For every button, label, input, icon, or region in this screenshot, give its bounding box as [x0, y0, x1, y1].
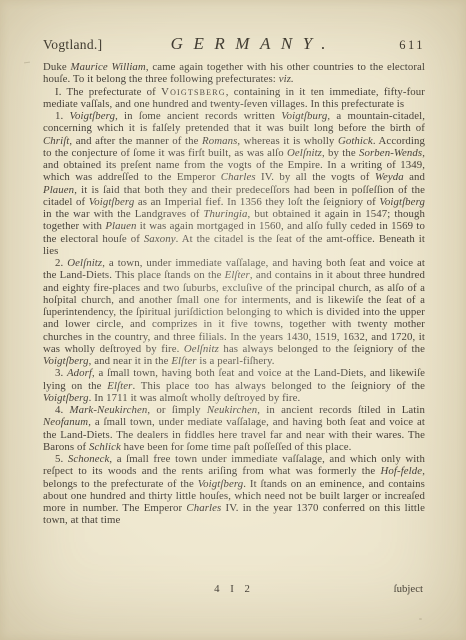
text-run: Hof-felde: [381, 465, 423, 477]
text-run: Duke: [43, 61, 71, 73]
text-run: Weyda: [375, 171, 404, 183]
text-run: and: [404, 171, 425, 183]
text-run: Neofanum: [43, 416, 88, 428]
text-run: Saxony: [144, 233, 176, 245]
paragraph: 5. Schoneck, a ſmall free town under imm…: [43, 453, 425, 527]
text-run: Adorf: [67, 367, 92, 379]
text-run: , in ancient records ſtiled in Latin: [257, 404, 425, 416]
text-run: 3.: [55, 367, 67, 379]
text-run: IV. by all the vogts of: [256, 171, 375, 183]
text-run: Plauen: [43, 184, 74, 196]
text-run: Voigtſberg: [379, 196, 425, 208]
signature-mark: 4 I 2: [43, 583, 425, 595]
text-run: 4.: [55, 404, 70, 416]
text-run: Voigtſberg: [198, 478, 244, 490]
text-run: Thuringia: [203, 208, 247, 220]
paragraph: 2. Oelſnitz, a town, under immediate vaſ…: [43, 257, 425, 367]
text-run: Voigtſberg: [89, 196, 135, 208]
running-head-section: Vogtland.]: [43, 37, 102, 53]
text-run: as an Imperial fief. In 1356 they loſt t…: [134, 196, 379, 208]
text-run: 5.: [55, 453, 68, 465]
text-run: I. The prefecturate of: [55, 86, 161, 98]
body-text: Duke Maurice William, came again togethe…: [43, 61, 425, 527]
text-run: Elſter: [171, 355, 196, 367]
text-run: is a pearl-fiſhery.: [197, 355, 275, 367]
paragraph: 1. Voigtſberg, in ſome ancient records w…: [43, 110, 425, 257]
text-run: Elſter: [225, 269, 250, 281]
text-run: viz.: [279, 73, 294, 85]
text-run: 2.: [55, 257, 67, 269]
text-run: , and near it in the: [89, 355, 172, 367]
text-run: Charles: [186, 502, 221, 514]
text-run: Mark-Neukirchen: [70, 404, 148, 416]
text-run: Maurice William: [71, 61, 146, 73]
text-run: Voigtſberg: [69, 110, 115, 122]
paragraph: 4. Mark-Neukirchen, or ſimply Neukirchen…: [43, 404, 425, 453]
paragraph: 3. Adorf, a ſmall town, having both ſeat…: [43, 367, 425, 404]
text-run: Chriſt: [43, 135, 69, 147]
text-run: Romans: [202, 135, 237, 147]
page-footer: 4 I 2 ſubject: [43, 583, 425, 597]
catchword: ſubject: [394, 583, 423, 595]
page-header: Vogtland.] GERMANY. 611: [43, 34, 425, 54]
text-run: . In 1711 it was almoſt wholly deſtroyed…: [89, 392, 301, 404]
text-run: Elſter: [107, 380, 132, 392]
text-run: , in ſome ancient records written: [115, 110, 281, 122]
paragraph: Duke Maurice William, came again togethe…: [43, 61, 425, 86]
text-run: Voigtſberg: [43, 355, 89, 367]
text-run: , or ſimply: [147, 404, 206, 416]
text-run: Neukirchen: [207, 404, 257, 416]
text-run: Oelſnitz: [67, 257, 102, 269]
text-run: has always belonged to the ſeigniory of …: [219, 343, 425, 355]
text-run: in the war with the Landgraves of: [43, 208, 203, 220]
text-run: Voigtsberg: [161, 86, 226, 98]
page-number: 611: [399, 38, 425, 53]
text-run: Oelſnitz: [287, 147, 322, 159]
text-run: Gothick: [338, 135, 373, 147]
text-run: , and after the manner of the: [69, 135, 202, 147]
text-run: , by the: [322, 147, 359, 159]
text-run: Schlick: [89, 441, 121, 453]
text-run: , whereas it is wholly: [237, 135, 338, 147]
text-run: Plauen: [105, 220, 136, 232]
text-run: Oelſnitz: [184, 343, 219, 355]
running-head-title: GERMANY.: [107, 34, 399, 54]
text-run: 1.: [55, 110, 69, 122]
text-run: . This place too has always belonged to …: [132, 380, 425, 392]
paragraph: I. The prefecturate of Voigtsberg, conta…: [43, 86, 425, 111]
text-run: have been for ſome time paſt poſſeſſed o…: [121, 441, 352, 453]
text-run: Voigtſburg: [281, 110, 327, 122]
text-run: Charles: [221, 171, 256, 183]
book-page: Vogtland.] GERMANY. 611 Duke Maurice Wil…: [0, 0, 466, 640]
text-run: Voigtſberg: [43, 392, 89, 404]
text-run: Sorben-Wends: [359, 147, 422, 159]
text-run: Schoneck: [68, 453, 110, 465]
